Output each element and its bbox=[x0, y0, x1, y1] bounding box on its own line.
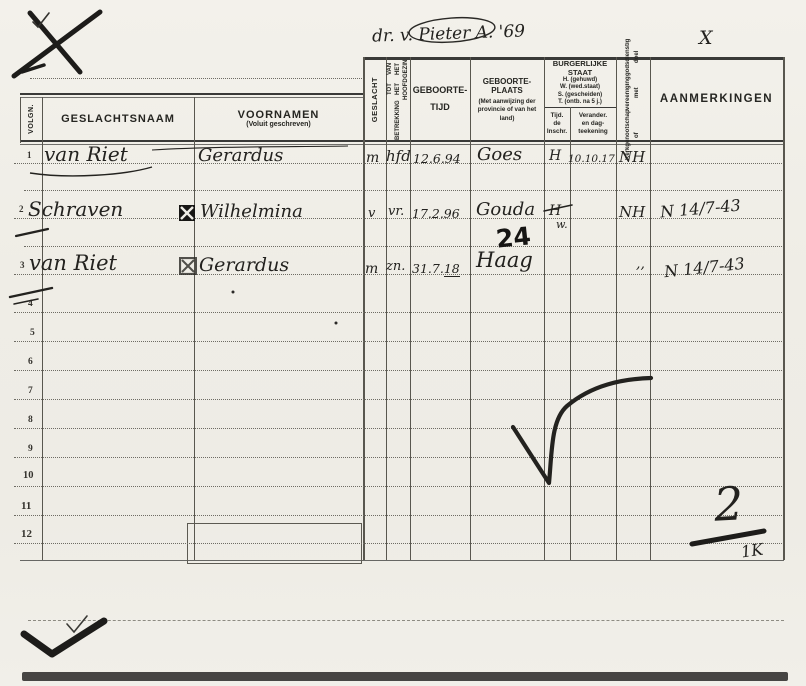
entry-birthplace-2: Gouda bbox=[476, 199, 535, 220]
geslachtsnaam-label: GESLACHTSNAAM bbox=[61, 113, 175, 125]
large-x-mark-icon bbox=[14, 12, 100, 76]
geboortetijd-line1: GEBOORTE- bbox=[413, 82, 468, 98]
top-annotation-note: dr. v. Pieter A. '69 bbox=[372, 21, 526, 46]
row-line bbox=[14, 515, 782, 516]
column-header-geslachtsnaam: GESLACHTSNAAM bbox=[42, 97, 194, 140]
voornamen-sublabel: (Voluit geschreven) bbox=[246, 121, 310, 128]
row-number-2: 2 bbox=[19, 204, 24, 214]
column-header-betrekking: BETREKKING TOT HET HOOFD VAN HET GEZIN bbox=[386, 59, 410, 140]
column-header-burgerlijke-staat: BURGERLIJKE STAAT H. (gehuwd) W. (wed.st… bbox=[544, 58, 616, 107]
row-number-11: 11 bbox=[21, 500, 31, 512]
row-number-12: 12 bbox=[21, 528, 32, 540]
entry-church-1: NH bbox=[619, 148, 645, 166]
surname-3-dash bbox=[14, 299, 38, 304]
birthdate-3-year-underlined: 18 bbox=[444, 261, 460, 277]
entry-relation-2: vr. bbox=[388, 204, 404, 219]
row-number-10: 10 bbox=[23, 470, 34, 481]
row-line bbox=[14, 543, 782, 544]
col-line-bstaat-sub bbox=[570, 107, 571, 560]
row-line bbox=[14, 370, 782, 371]
row-number-1: 1 bbox=[27, 150, 32, 160]
row-line bbox=[24, 246, 782, 247]
entry-surname-3: van Riet bbox=[29, 251, 117, 275]
bstaat-legend-4: T. (ontb. na 5 j.) bbox=[558, 99, 602, 107]
col-line-volgn bbox=[42, 97, 43, 560]
column-header-geslacht: GESLACHT bbox=[363, 59, 386, 140]
row-line bbox=[14, 428, 782, 429]
geboorteplaats-line2: PLAATS bbox=[491, 86, 522, 95]
crossed-box-stamp-icon bbox=[179, 257, 197, 275]
kerk-line: godsdienstig doel bbox=[624, 39, 642, 76]
entry-church-2: NH bbox=[619, 203, 645, 221]
row-number-9: 9 bbox=[28, 444, 33, 454]
column-header-tijd-inschr: Tijd. de Inschr. bbox=[544, 108, 570, 140]
birthdate-3-day-month: 31.7. bbox=[412, 261, 444, 276]
betrekking-line: BETREKKING bbox=[394, 100, 402, 140]
row-number-6: 6 bbox=[28, 357, 33, 367]
row-number-7: 7 bbox=[28, 386, 33, 396]
entry-remark-3: N 14/7-43 bbox=[663, 254, 745, 281]
row-line bbox=[24, 190, 782, 191]
table-border-left-top-1 bbox=[20, 93, 363, 95]
bottom-right-big-number: 2 bbox=[713, 476, 745, 531]
column-header-geboorteplaats: GEBOORTE- PLAATS (Met aanwijzing der pro… bbox=[470, 60, 544, 140]
ink-dot bbox=[232, 291, 235, 294]
row-number-3: 3 bbox=[20, 260, 25, 270]
header-bottom-line-2 bbox=[20, 144, 784, 145]
row-number-8: 8 bbox=[28, 415, 33, 425]
column-header-kerkgenootschap: Kerkgenootschap of vereeniging met godsd… bbox=[616, 59, 650, 140]
entry-relation-1: hfd bbox=[386, 147, 411, 165]
top-right-x-mark: X bbox=[699, 27, 713, 49]
entry-sex-3: m bbox=[365, 261, 378, 277]
entry-statusdate-1: 10.10.17 bbox=[568, 153, 615, 165]
bstaat-legend-3: S. (gescheiden) bbox=[558, 92, 602, 100]
row-line bbox=[14, 399, 782, 400]
entry-sex-1: m bbox=[366, 150, 379, 166]
geboorteplaats-line1: GEBOORTE- bbox=[483, 77, 531, 86]
entry-surname-2: Schraven bbox=[28, 197, 123, 221]
row-number-4: 4 bbox=[28, 299, 33, 309]
kerk-line: vereeniging met bbox=[624, 76, 642, 110]
column-header-verander: Verander. en dag- teekening bbox=[570, 108, 616, 140]
entry-sex-2: v bbox=[368, 206, 375, 221]
entry-birthdate-2: 17.2.96 bbox=[412, 206, 460, 221]
row-line bbox=[14, 312, 782, 313]
x-mark-tail bbox=[22, 65, 44, 72]
entry-surname-1: van Riet bbox=[44, 142, 128, 166]
voornamen-label: VOORNAMEN bbox=[238, 109, 320, 121]
entry-birthplace-1: Goes bbox=[477, 144, 522, 165]
geboorteplaats-sublabel: (Met aanwijzing der provincie of van het… bbox=[470, 98, 544, 122]
surname-3-dash bbox=[10, 288, 52, 297]
ink-dot bbox=[335, 322, 338, 325]
verander-line: en dag- bbox=[582, 120, 604, 128]
check-mark-large-icon bbox=[24, 621, 104, 654]
stray-dotted-line-top bbox=[30, 78, 362, 79]
entry-civilstatus-2: H bbox=[549, 203, 561, 219]
row-line bbox=[14, 341, 782, 342]
column-header-voornamen: VOORNAMEN (Voluit geschreven) bbox=[194, 97, 363, 140]
volgn-label: VOLGN. bbox=[28, 104, 35, 134]
bottom-right-code: 1K bbox=[740, 540, 765, 562]
row-line bbox=[14, 457, 782, 458]
entry-church-3-ditto: ,, bbox=[636, 256, 645, 272]
column-header-geboortetijd: GEBOORTE- TIJD bbox=[410, 57, 470, 140]
column-header-aanmerkingen: AANMERKINGEN bbox=[650, 57, 783, 140]
row-line bbox=[14, 486, 782, 487]
verander-line: Verander. bbox=[579, 112, 607, 120]
stray-dashed-line-bottom bbox=[28, 620, 784, 621]
bstaat-legend-1: H. (gehuwd) bbox=[563, 77, 597, 85]
entry-relation-3: zn. bbox=[386, 259, 405, 274]
header-bottom-line-1 bbox=[20, 140, 784, 142]
betrekking-line: VAN HET GEZIN bbox=[386, 59, 410, 79]
entry-civilstatus-1: H bbox=[549, 148, 561, 164]
surname-2-dash bbox=[16, 229, 48, 236]
tijd-line: Tijd. bbox=[551, 112, 564, 120]
entry-civilstatus-2-sub: w. bbox=[556, 218, 568, 231]
table-border-right bbox=[783, 57, 785, 560]
geboortetijd-line2: TIJD bbox=[430, 99, 450, 115]
entry-firstname-3: Gerardus bbox=[199, 254, 289, 276]
large-x-mark-icon bbox=[30, 13, 80, 72]
entry-birthplace-3: Haag bbox=[476, 248, 533, 272]
tijd-line: Inschr. bbox=[547, 128, 567, 136]
col-line-naam bbox=[194, 97, 195, 560]
column-header-volgn: VOLGN. bbox=[20, 97, 42, 140]
pen-stroke-check-icon bbox=[513, 378, 651, 483]
entry-firstname-1: Gerardus bbox=[198, 145, 283, 166]
tijd-line: de bbox=[553, 120, 560, 128]
entry-birthdate-1: 12.6.94 bbox=[413, 151, 461, 166]
scan-edge-band bbox=[22, 672, 788, 681]
aanmerkingen-label: AANMERKINGEN bbox=[660, 93, 773, 105]
bstaat-line2: STAAT bbox=[568, 68, 592, 77]
geslacht-label: GESLACHT bbox=[370, 77, 379, 122]
verander-line: teekening bbox=[578, 128, 607, 136]
row-number-5: 5 bbox=[30, 328, 35, 338]
table-border-bottom bbox=[20, 560, 784, 561]
betrekking-line: TOT HET HOOFD bbox=[386, 79, 410, 101]
check-mark-small-icon bbox=[33, 13, 49, 27]
entry-firstname-2: Wilhelmina bbox=[200, 201, 303, 222]
check-mark-small-icon bbox=[67, 616, 87, 632]
scanned-register-card: VOLGN. GESLACHTSNAAM VOORNAMEN (Voluit g… bbox=[0, 0, 806, 686]
bstaat-legend-2: W. (wed.staat) bbox=[560, 84, 600, 92]
bstaat-line1: BURGERLIJKE bbox=[553, 59, 607, 68]
crossed-box-stamp-icon bbox=[178, 204, 196, 222]
entry-birthdate-3: 31.7.18 bbox=[412, 261, 460, 276]
surname-1-underline bbox=[30, 167, 152, 176]
